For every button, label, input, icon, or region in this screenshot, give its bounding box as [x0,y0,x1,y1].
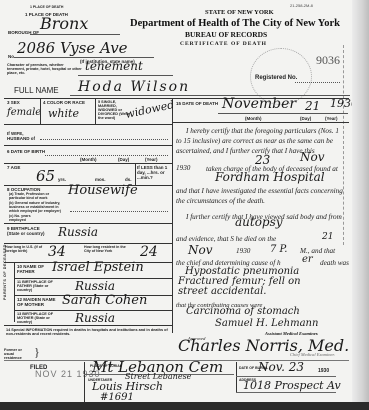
autopsy-value: autopsy [235,215,283,229]
contributing-value: Carcinoma of stomach [186,306,300,317]
color-value: white [48,107,79,120]
registered-label: Registered No. [255,75,297,81]
death-was-text: death was [320,259,349,267]
sex-value: female [7,107,41,118]
birthplace-label: 9 BIRTHPLACE (State or country) [7,226,52,236]
cause-line-3: street accidental. [178,286,266,297]
dob-month-hint: (Month) [80,157,97,162]
certificate-title: CERTIFICATE OF DEATH [180,41,267,47]
age-value: 65 [36,167,55,185]
mother-birthplace-value: Russia [75,311,115,325]
father-value: Israel Epstein [52,260,144,275]
dob-year-hint: (Year) [145,157,158,162]
parents-side-label: PARENTS OF DECEASED [3,244,8,300]
character-label: Character of premises, whether tenement,… [7,63,82,76]
died-time: 7 P. [270,244,287,255]
department-title: Department of Health of The City of New … [130,18,340,29]
father-birthplace-label: 11 BIRTHPLACE OF FATHER (State or countr… [17,280,57,292]
brace-icon: } [34,345,40,360]
borough-value: Bronx [40,14,88,33]
mother-birthplace-label: 13 BIRTHPLACE OF MOTHER (State or countr… [17,312,57,324]
age-less-label: If LESS than 1 day, ...hrs. or ...min.? [137,165,171,180]
burial-date-year: 1930 [318,369,329,374]
dob-day-hint: (Day) [118,157,129,162]
age-ds: ds. [125,177,132,182]
address-value: 1018 Prospect Av [243,379,341,392]
residence-city-label: How long resident in the City of New Yor… [84,246,129,254]
spouse-label: If WIFE, HUSBAND of [7,131,37,141]
examiner-signature: Samuel H. Lehmann [215,318,318,329]
approved-title: Chief Medical Examiner. [290,352,335,357]
scan-bottom-edge [0,402,369,410]
cause-pronoun: er [302,254,313,265]
age-mos: mos. [95,177,106,182]
died-month: Nov [188,243,213,257]
found-at-value: Fordham Hospital [215,170,325,184]
paper-edge [352,0,369,410]
mother-label: 12 MAIDEN NAME OF MOTHER [17,297,57,307]
dob-label: 6 DATE OF BIRTH [7,149,45,154]
occupation-a-label: (a) Trade, Profession or particular kind… [9,193,57,201]
character-value: tenement [85,59,143,73]
date-of-death-day: 21 [305,99,320,113]
certified-year: 1930 [176,164,190,172]
former-residence-label: Former or usual residence [4,348,32,361]
residence-us-label: How long in U.S. (if of foreign birth) [5,246,43,254]
died-day: 21 [322,232,333,242]
death-certificate: 1 PLACE OF DEATH 1 PLACE OF DEATH 21-258… [0,0,355,410]
form-number-left: 1 PLACE OF DEATH [30,5,63,10]
certified-month: Nov [300,150,325,164]
certification-paragraph-4: and evidence, that S he died on the [176,235,276,243]
occupation-b-label: (b) General nature of Industry, business… [9,202,69,213]
dod-year-hint: (Year) [325,116,338,121]
dod-day-hint: (Day) [300,116,311,121]
occupation-a-value: Housewife [68,183,138,198]
registered-number: 9036 [316,53,340,68]
occupation-c-label: (c) No. years employed [9,215,39,223]
full-name-value: Hoda Wilson [78,79,190,95]
date-of-death-label: 15 DATE OF DEATH [176,101,218,106]
special-info-label: 14 Special INFORMATION required in death… [6,328,172,336]
sex-label: 3 SEX [7,100,20,105]
age-yrs: yrs. [58,177,66,182]
died-year: 1930 [236,247,250,255]
full-name-label: FULL NAME [14,86,59,95]
color-label: 4 COLOR OR RACE [43,100,85,105]
state-title: STATE OF NEW YORK [205,9,274,16]
father-label: 10 NAME OF FATHER [17,264,47,274]
age-label: 7 AGE [7,165,20,170]
burial-date-value: Nov. 23 [258,360,304,374]
bureau-title: BUREAU OF RECORDS [185,30,267,39]
residence-city-value: 24 [140,244,158,260]
dod-month-hint: (Month) [245,116,262,121]
mother-value: Sarah Cohen [62,293,147,308]
form-code: 21-258-2M-8 [290,3,313,8]
birthplace-value: Russia [58,225,98,239]
address-value: 2086 Vyse Ave [17,39,128,57]
certification-paragraph-2: and that I have investigated the essenti… [176,187,344,206]
residence-us-value: 34 [48,244,66,260]
date-of-death-month: November [222,96,296,112]
father-birthplace-value: Russia [75,279,115,293]
marital-value: widowed [124,98,175,121]
